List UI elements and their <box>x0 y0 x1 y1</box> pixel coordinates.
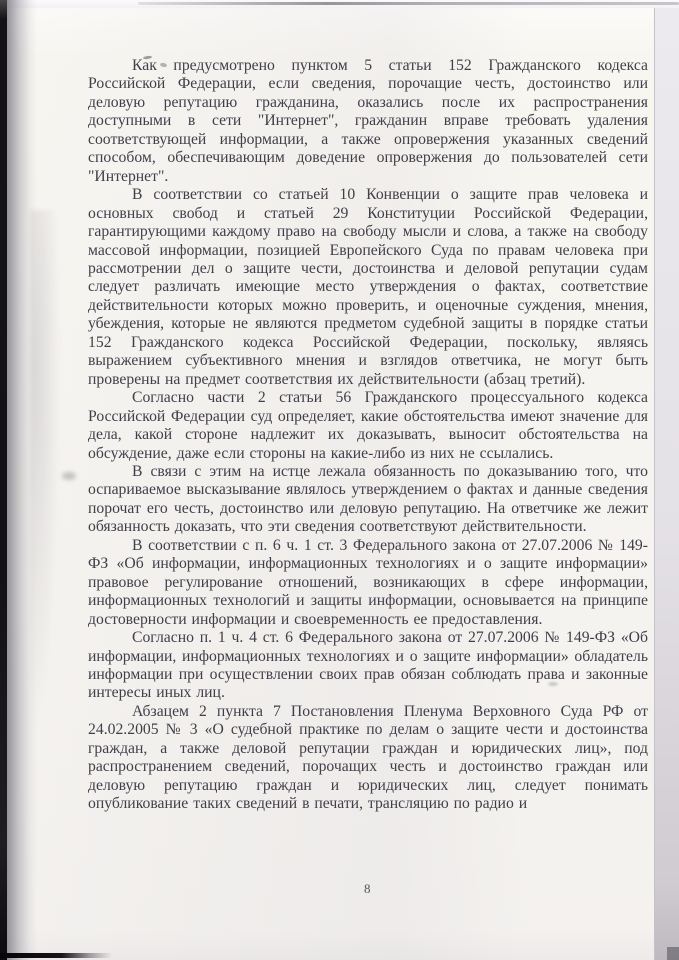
document-body-text: Как предусмотрено пунктом 5 статьи 152 Г… <box>88 57 648 814</box>
scan-top-edge-line <box>138 2 679 5</box>
paragraph-5: В соответствии с п. 6 ч. 1 ст. 3 Федерал… <box>88 537 648 629</box>
paragraph-7: Абзацем 2 пункта 7 Постановления Пленума… <box>88 703 648 814</box>
paragraph-3: Согласно части 2 статьи 56 Гражданского … <box>88 389 648 463</box>
paragraph-4: В связи с этим на истце лежала обязаннос… <box>88 463 648 537</box>
scanned-document-page: Как предусмотрено пунктом 5 статьи 152 Г… <box>0 0 679 960</box>
paragraph-6: Согласно п. 1 ч. 4 ст. 6 Федерального за… <box>88 629 648 703</box>
paragraph-1: Как предусмотрено пунктом 5 статьи 152 Г… <box>88 57 648 186</box>
page-number: 8 <box>364 881 371 897</box>
scan-bottom-left-edge-line <box>0 953 112 958</box>
scan-right-band <box>654 8 679 960</box>
paragraph-2: В соответствии со статьей 10 Конвенции о… <box>88 186 648 389</box>
scan-left-black-edge <box>0 0 7 960</box>
scan-left-smudge <box>30 210 60 730</box>
scan-bottom-right-corner-mark <box>667 947 679 960</box>
scan-artifact-speck <box>62 472 76 480</box>
